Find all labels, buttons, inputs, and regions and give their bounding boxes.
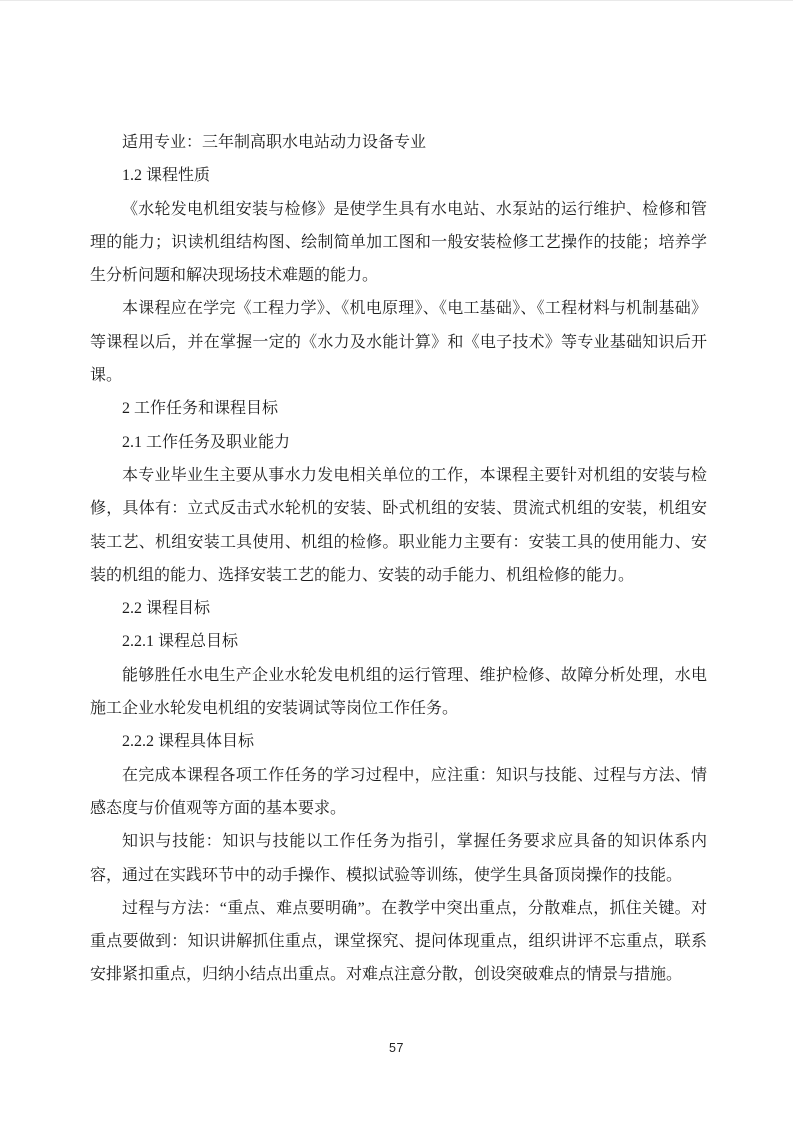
heading-2-tasks-and-goals: 2 工作任务和课程目标 [90,392,707,425]
document-body: 适用专业：三年制高职水电站动力设备专业1.2 课程性质《水轮发电机组安装与检修》… [90,126,707,992]
line-applicable-majors: 适用专业：三年制高职水电站动力设备专业 [90,126,707,159]
heading-1-2-course-nature: 1.2 课程性质 [90,159,707,192]
page-footer: 57 [0,1039,793,1057]
para-tasks-ability: 本专业毕业生主要从事水力发电相关单位的工作，本课程主要针对机组的安装与检修，具体… [90,459,707,592]
para-process-and-method: 过程与方法：“重点、难点要明确”。在教学中突出重点，分散难点，抓住关键。对重点要… [90,892,707,992]
document-page: 适用专业：三年制高职水电站动力设备专业1.2 课程性质《水轮发电机组安装与检修》… [0,0,793,1122]
heading-2-2-1-overall-goal: 2.2.1 课程总目标 [90,625,707,658]
heading-2-2-2-specific-goals: 2.2.2 课程具体目标 [90,725,707,758]
page-number: 57 [389,1041,404,1055]
para-knowledge-and-skills: 知识与技能：知识与技能以工作任务为指引，掌握任务要求应具备的知识体系内容，通过在… [90,825,707,892]
para-overall-goal: 能够胜任水电生产企业水轮发电机组的运行管理、维护检修、故障分析处理，水电施工企业… [90,659,707,726]
para-course-nature: 《水轮发电机组安装与检修》是使学生具有水电站、水泵站的运行维护、检修和管理的能力… [90,193,707,293]
para-specific-goals-intro: 在完成本课程各项工作任务的学习过程中，应注重：知识与技能、过程与方法、情感态度与… [90,759,707,826]
heading-2-2-course-goals: 2.2 课程目标 [90,592,707,625]
heading-2-1-tasks-ability: 2.1 工作任务及职业能力 [90,426,707,459]
para-prerequisite-courses: 本课程应在学完《工程力学》、《机电原理》、《电工基础》、《工程材料与机制基础》等… [90,292,707,392]
